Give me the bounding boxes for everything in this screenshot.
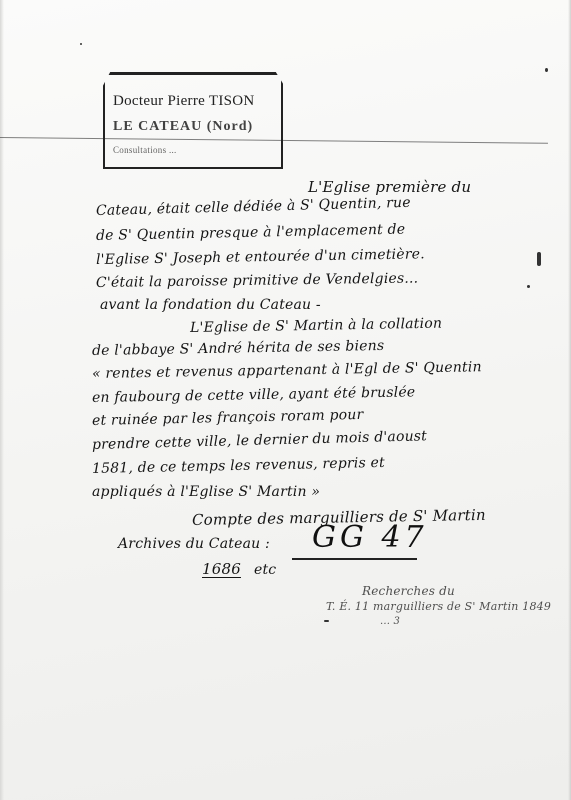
ink-mark: [537, 252, 541, 266]
stamp-name: Docteur Pierre TISON: [113, 93, 255, 110]
scanned-page: Docteur Pierre TISON LE CATEAU (Nord) Co…: [0, 0, 571, 800]
footnote-line: ... 3: [380, 616, 400, 627]
footnote-line: Recherches du: [362, 584, 455, 598]
handwritten-line: de S' Quentin presque à l'emplacement de: [96, 222, 406, 244]
handwritten-line: « rentes et revenus appartenant à l'Egl …: [92, 359, 482, 382]
handwritten-line: appliqués à l'Eglise S' Martin »: [92, 484, 320, 500]
shelfmark-underline: [292, 558, 417, 560]
stamp-consultations: Consultations ...: [113, 145, 177, 155]
handwritten-line: en faubourg de cette ville, ayant été br…: [92, 384, 416, 406]
handwritten-line: C'était la paroisse primitive de Vendelg…: [96, 271, 419, 291]
handwritten-line: avant la fondation du Cateau -: [100, 297, 321, 313]
citation-etc: etc: [254, 562, 276, 578]
handwritten-line: l'Eglise S' Joseph et entourée d'un cime…: [96, 246, 425, 268]
handwritten-line: L'Eglise de S' Martin à la collation: [190, 316, 442, 336]
doctor-stamp: Docteur Pierre TISON LE CATEAU (Nord) Co…: [103, 72, 283, 169]
handwritten-line: L'Eglise première du: [308, 178, 471, 196]
stamp-town: LE CATEAU (Nord): [113, 119, 253, 135]
page-edge-shadow: [0, 0, 4, 800]
handwritten-line: prendre cette ville, le dernier du mois …: [92, 428, 427, 453]
handwritten-line: 1581, de ce temps les revenus, repris et: [92, 455, 385, 477]
footnote-line: T. É. 11 marguilliers de S' Martin 1849: [326, 600, 551, 613]
citation-archive: Archives du Cateau :: [118, 536, 270, 552]
ink-speck: [80, 43, 82, 45]
ink-speck: [527, 285, 530, 288]
ink-speck: [324, 620, 329, 622]
handwritten-line: Cateau, était celle dédiée à S' Quentin,…: [96, 195, 411, 219]
handwritten-line: de l'abbaye S' André hérita de ses biens: [92, 338, 385, 359]
citation-year: 1686: [202, 560, 241, 578]
handwritten-line: et ruinée par les françois roram pour: [92, 407, 364, 429]
citation-shelfmark: GG 47: [312, 520, 428, 555]
ink-speck: [545, 68, 548, 72]
